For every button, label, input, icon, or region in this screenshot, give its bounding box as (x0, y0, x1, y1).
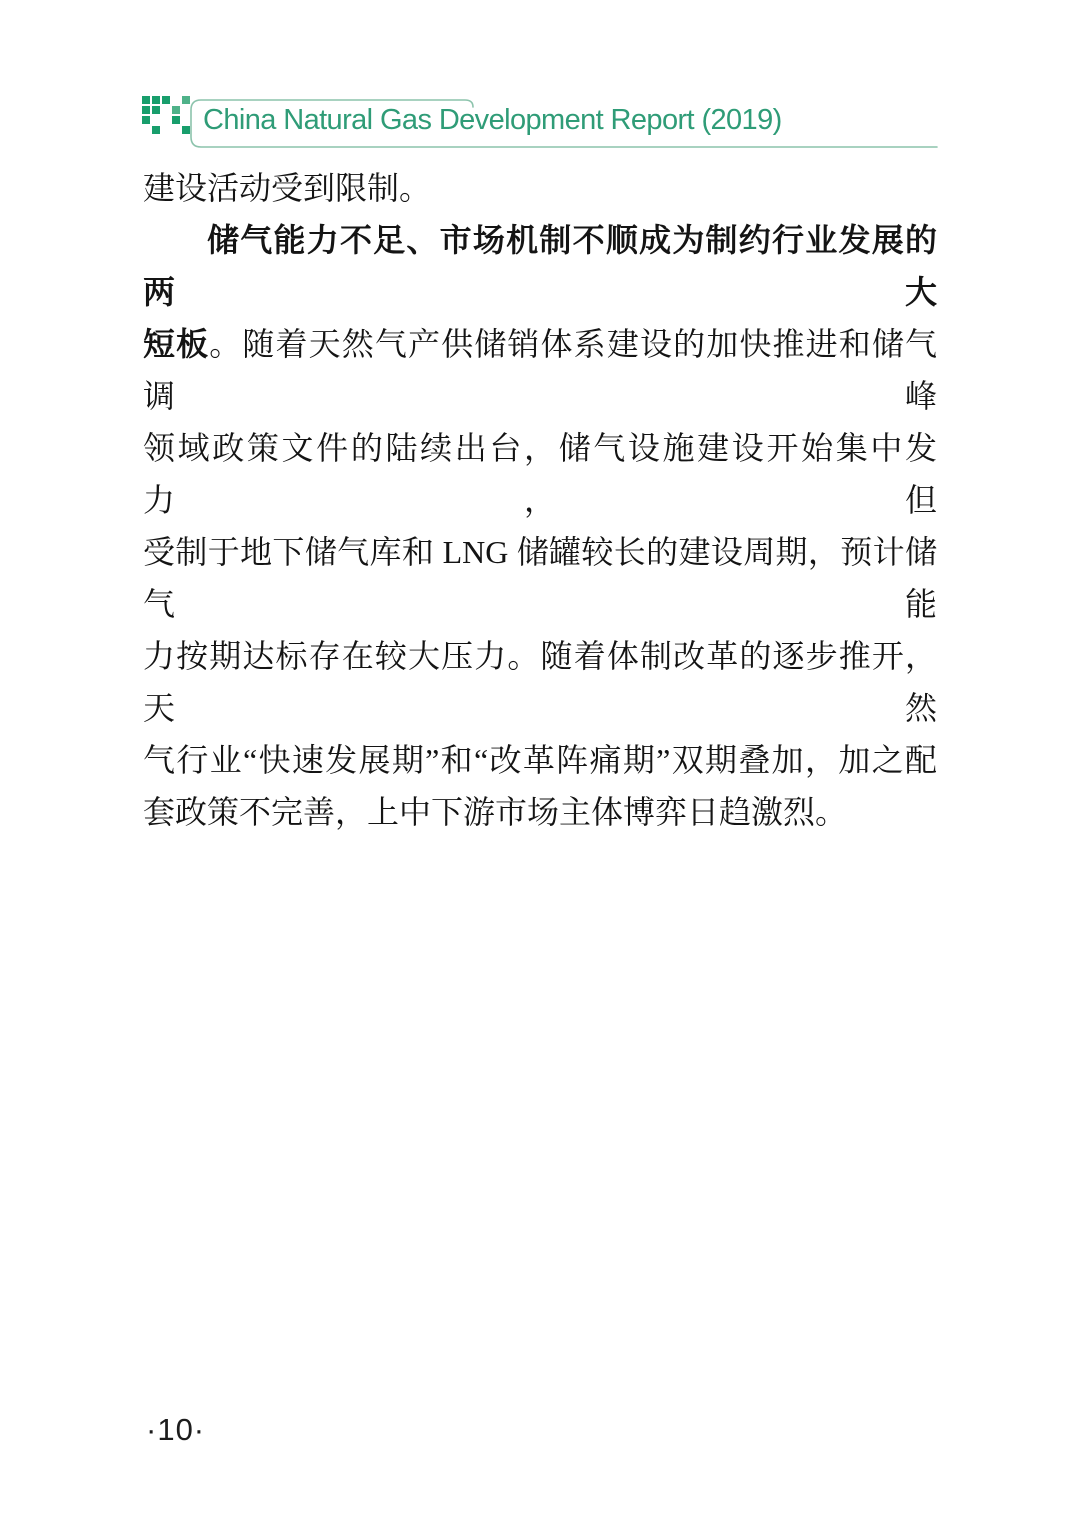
body-line: 短板。随着天然气产供储销体系建设的加快推进和储气调峰 (143, 318, 937, 422)
body-line-bold-segment: 短板 (143, 326, 209, 362)
body-line: 储气能力不足、市场机制不顺成为制约行业发展的两大 (143, 214, 937, 318)
body-line-paragraph-end: 套政策不完善，上中下游市场主体博弈日趋激烈。 (143, 786, 937, 838)
body-line: 气行业“快速发展期”和“改革阵痛期”双期叠加，加之配 (143, 734, 937, 786)
body-line: 领域政策文件的陆续出台，储气设施建设开始集中发力，但 (143, 422, 937, 526)
document-page: China Natural Gas Development Report (20… (0, 0, 1080, 1518)
page-number: ·10· (146, 1412, 205, 1447)
body-line-paragraph-end: 建设活动受到限制。 (143, 162, 937, 214)
page-footer: ·10· (146, 1412, 205, 1448)
report-title: China Natural Gas Development Report (20… (203, 94, 782, 146)
publisher-pixel-logo-icon (142, 96, 190, 134)
body-line: 受制于地下储气库和 LNG 储罐较长的建设周期，预计储气能 (143, 526, 937, 630)
page-body: 建设活动受到限制。 储气能力不足、市场机制不顺成为制约行业发展的两大 短板。随着… (143, 162, 937, 838)
body-line-segment: 。随着天然气产供储销体系建设的加快推进和储气调峰 (143, 326, 937, 414)
body-line: 力按期达标存在较大压力。随着体制改革的逐步推开，天然 (143, 630, 937, 734)
